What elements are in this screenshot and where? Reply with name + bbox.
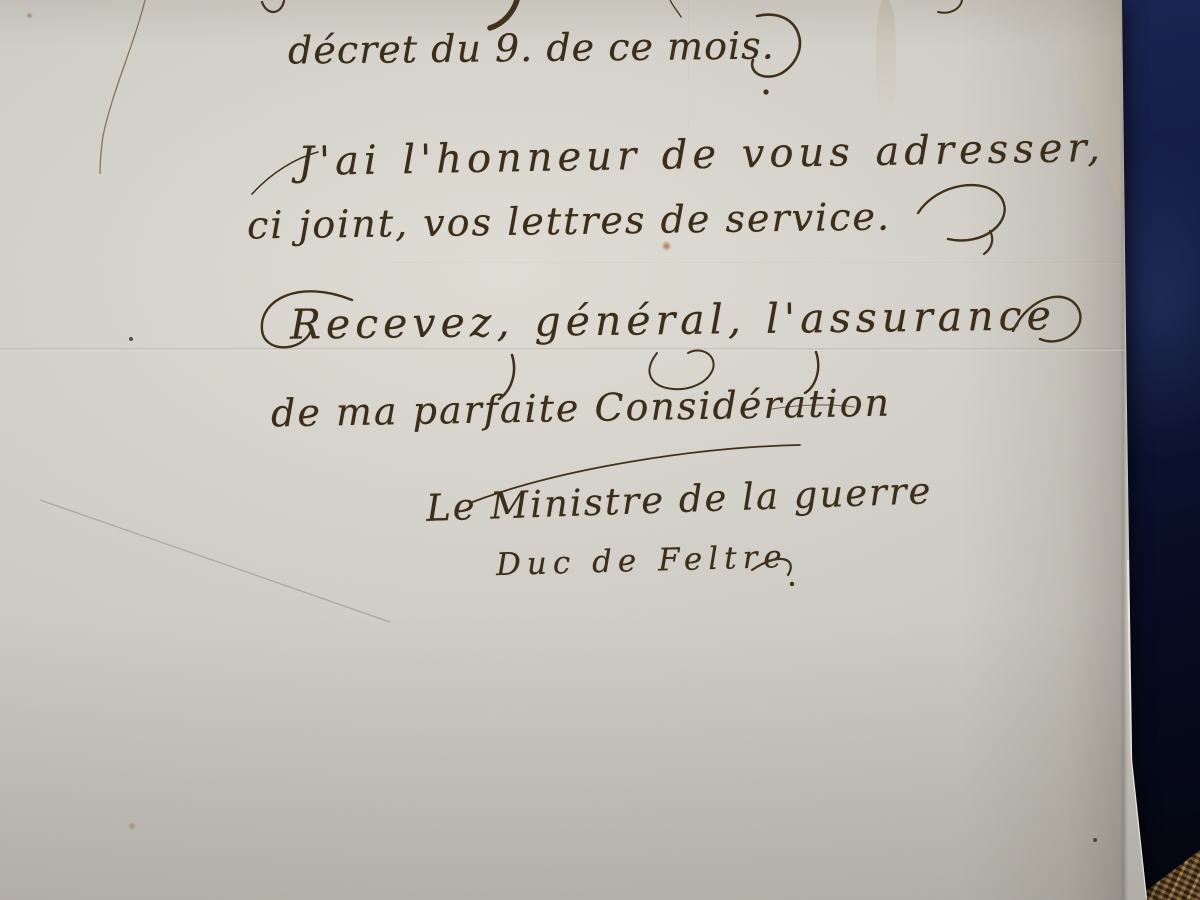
paper-texture [0,0,1200,900]
photo-of-handwritten-letter: décret du 9. de ce mois. J'ai l'honneur … [0,0,1200,900]
letter-paper: décret du 9. de ce mois. J'ai l'honneur … [0,0,1200,900]
paper-sheet: décret du 9. de ce mois. J'ai l'honneur … [0,0,1200,900]
